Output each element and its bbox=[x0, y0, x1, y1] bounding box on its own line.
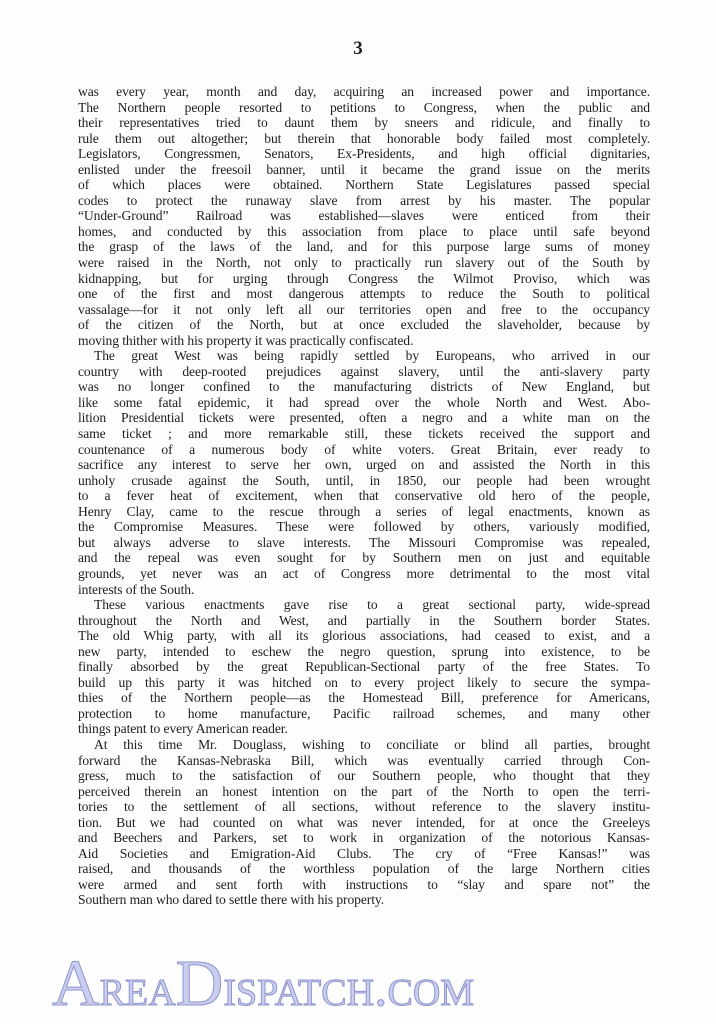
watermark-part: D bbox=[176, 947, 224, 1020]
body-text: was every year, month and day, acquiring… bbox=[78, 84, 650, 908]
watermark-part: rea bbox=[100, 957, 176, 1017]
text-line: to a fever heat of excitement, when that… bbox=[78, 488, 650, 504]
text-line: vassalage—for it not only left all our t… bbox=[78, 302, 650, 318]
text-line: Legislators, Congressmen, Senators, Ex-P… bbox=[78, 146, 650, 162]
text-line: Henry Clay, came to the rescue through a… bbox=[78, 504, 650, 520]
text-line: forward the Kansas-Nebraska Bill, which … bbox=[78, 753, 650, 769]
text-line: thies of the Northern people—as the Home… bbox=[78, 690, 650, 706]
text-line: and Beechers and Parkers, set to work in… bbox=[78, 830, 650, 846]
text-line: things patent to every American reader. bbox=[78, 721, 650, 737]
text-line: rule them out altogether; but therein th… bbox=[78, 131, 650, 147]
text-line: were armed and sent forth with instructi… bbox=[78, 877, 650, 893]
text-line: perceived therein an honest intention on… bbox=[78, 784, 650, 800]
paragraph-3: These various enactments gave rise to a … bbox=[78, 597, 650, 737]
text-line: of the citizen of the North, but at once… bbox=[78, 317, 650, 333]
text-line: Aid Societies and Emigration-Aid Clubs. … bbox=[78, 846, 650, 862]
watermark-part: A bbox=[52, 947, 100, 1020]
text-line: the Compromise Measures. These were foll… bbox=[78, 519, 650, 535]
text-line: These various enactments gave rise to a … bbox=[78, 597, 650, 613]
text-line: protection to home manufacture, Pacific … bbox=[78, 706, 650, 722]
text-line: of which places were obtained. Northern … bbox=[78, 177, 650, 193]
text-line: countenance of a numerous body of white … bbox=[78, 442, 650, 458]
text-line: enlisted under the freesoil banner, unti… bbox=[78, 162, 650, 178]
text-line: homes, and conducted by this association… bbox=[78, 224, 650, 240]
text-line: their representatives tried to daunt the… bbox=[78, 115, 650, 131]
text-line: and the repeal was even sought for by So… bbox=[78, 550, 650, 566]
text-line: country with deep-rooted prejudices agai… bbox=[78, 364, 650, 380]
watermark-part: .com bbox=[374, 957, 474, 1017]
text-line: gress, much to the satisfaction of our S… bbox=[78, 768, 650, 784]
text-line: the grasp of the laws of the land, and f… bbox=[78, 239, 650, 255]
paragraph-1: was every year, month and day, acquiring… bbox=[78, 84, 650, 348]
text-line: but always adverse to slave interests. T… bbox=[78, 535, 650, 551]
text-line: tories to the settlement of all sections… bbox=[78, 799, 650, 815]
text-line: grounds, yet never was an act of Congres… bbox=[78, 566, 650, 582]
text-line: lition Presidential tickets were present… bbox=[78, 410, 650, 426]
text-line: sacrifice any interest to serve her own,… bbox=[78, 457, 650, 473]
scanned-page: 3 was every year, month and day, acquiri… bbox=[0, 0, 716, 1024]
text-line: unholy crusade against the South, until,… bbox=[78, 473, 650, 489]
watermark-part: ispatch bbox=[223, 957, 374, 1017]
text-line: raised, and thousands of the worthless p… bbox=[78, 861, 650, 877]
text-line: interests of the South. bbox=[78, 582, 650, 598]
text-line: new party, intended to eschew the negro … bbox=[78, 644, 650, 660]
text-line: “Under-Ground” Railroad was established—… bbox=[78, 208, 650, 224]
paragraph-2: The great West was being rapidly settled… bbox=[78, 348, 650, 597]
text-line: finally absorbed by the great Republican… bbox=[78, 659, 650, 675]
text-line: same ticket ; and more remarkable still,… bbox=[78, 426, 650, 442]
text-line: codes to protect the runaway slave from … bbox=[78, 193, 650, 209]
text-line: The great West was being rapidly settled… bbox=[78, 348, 650, 364]
text-line: tion. But we had counted on what was nev… bbox=[78, 815, 650, 831]
text-line: Southern man who dared to settle there w… bbox=[78, 892, 650, 908]
text-line: moving thither with his property it was … bbox=[78, 333, 650, 349]
page-number: 3 bbox=[0, 38, 716, 60]
text-line: kidnapping, but for urging through Congr… bbox=[78, 271, 650, 287]
text-line: The Northern people resorted to petition… bbox=[78, 100, 650, 116]
text-line: like some fatal epidemic, it had spread … bbox=[78, 395, 650, 411]
text-line: was no longer confined to the manufactur… bbox=[78, 379, 650, 395]
text-line: The old Whig party, with all its gloriou… bbox=[78, 628, 650, 644]
text-line: At this time Mr. Douglass, wishing to co… bbox=[78, 737, 650, 753]
watermark: AreaDispatch.com bbox=[52, 952, 672, 1016]
paragraph-4: At this time Mr. Douglass, wishing to co… bbox=[78, 737, 650, 908]
text-line: build up this party it was hitched on to… bbox=[78, 675, 650, 691]
text-line: one of the first and most dangerous atte… bbox=[78, 286, 650, 302]
text-line: were raised in the North, not only to pr… bbox=[78, 255, 650, 271]
text-line: was every year, month and day, acquiring… bbox=[78, 84, 650, 100]
text-line: throughout the North and West, and parti… bbox=[78, 613, 650, 629]
